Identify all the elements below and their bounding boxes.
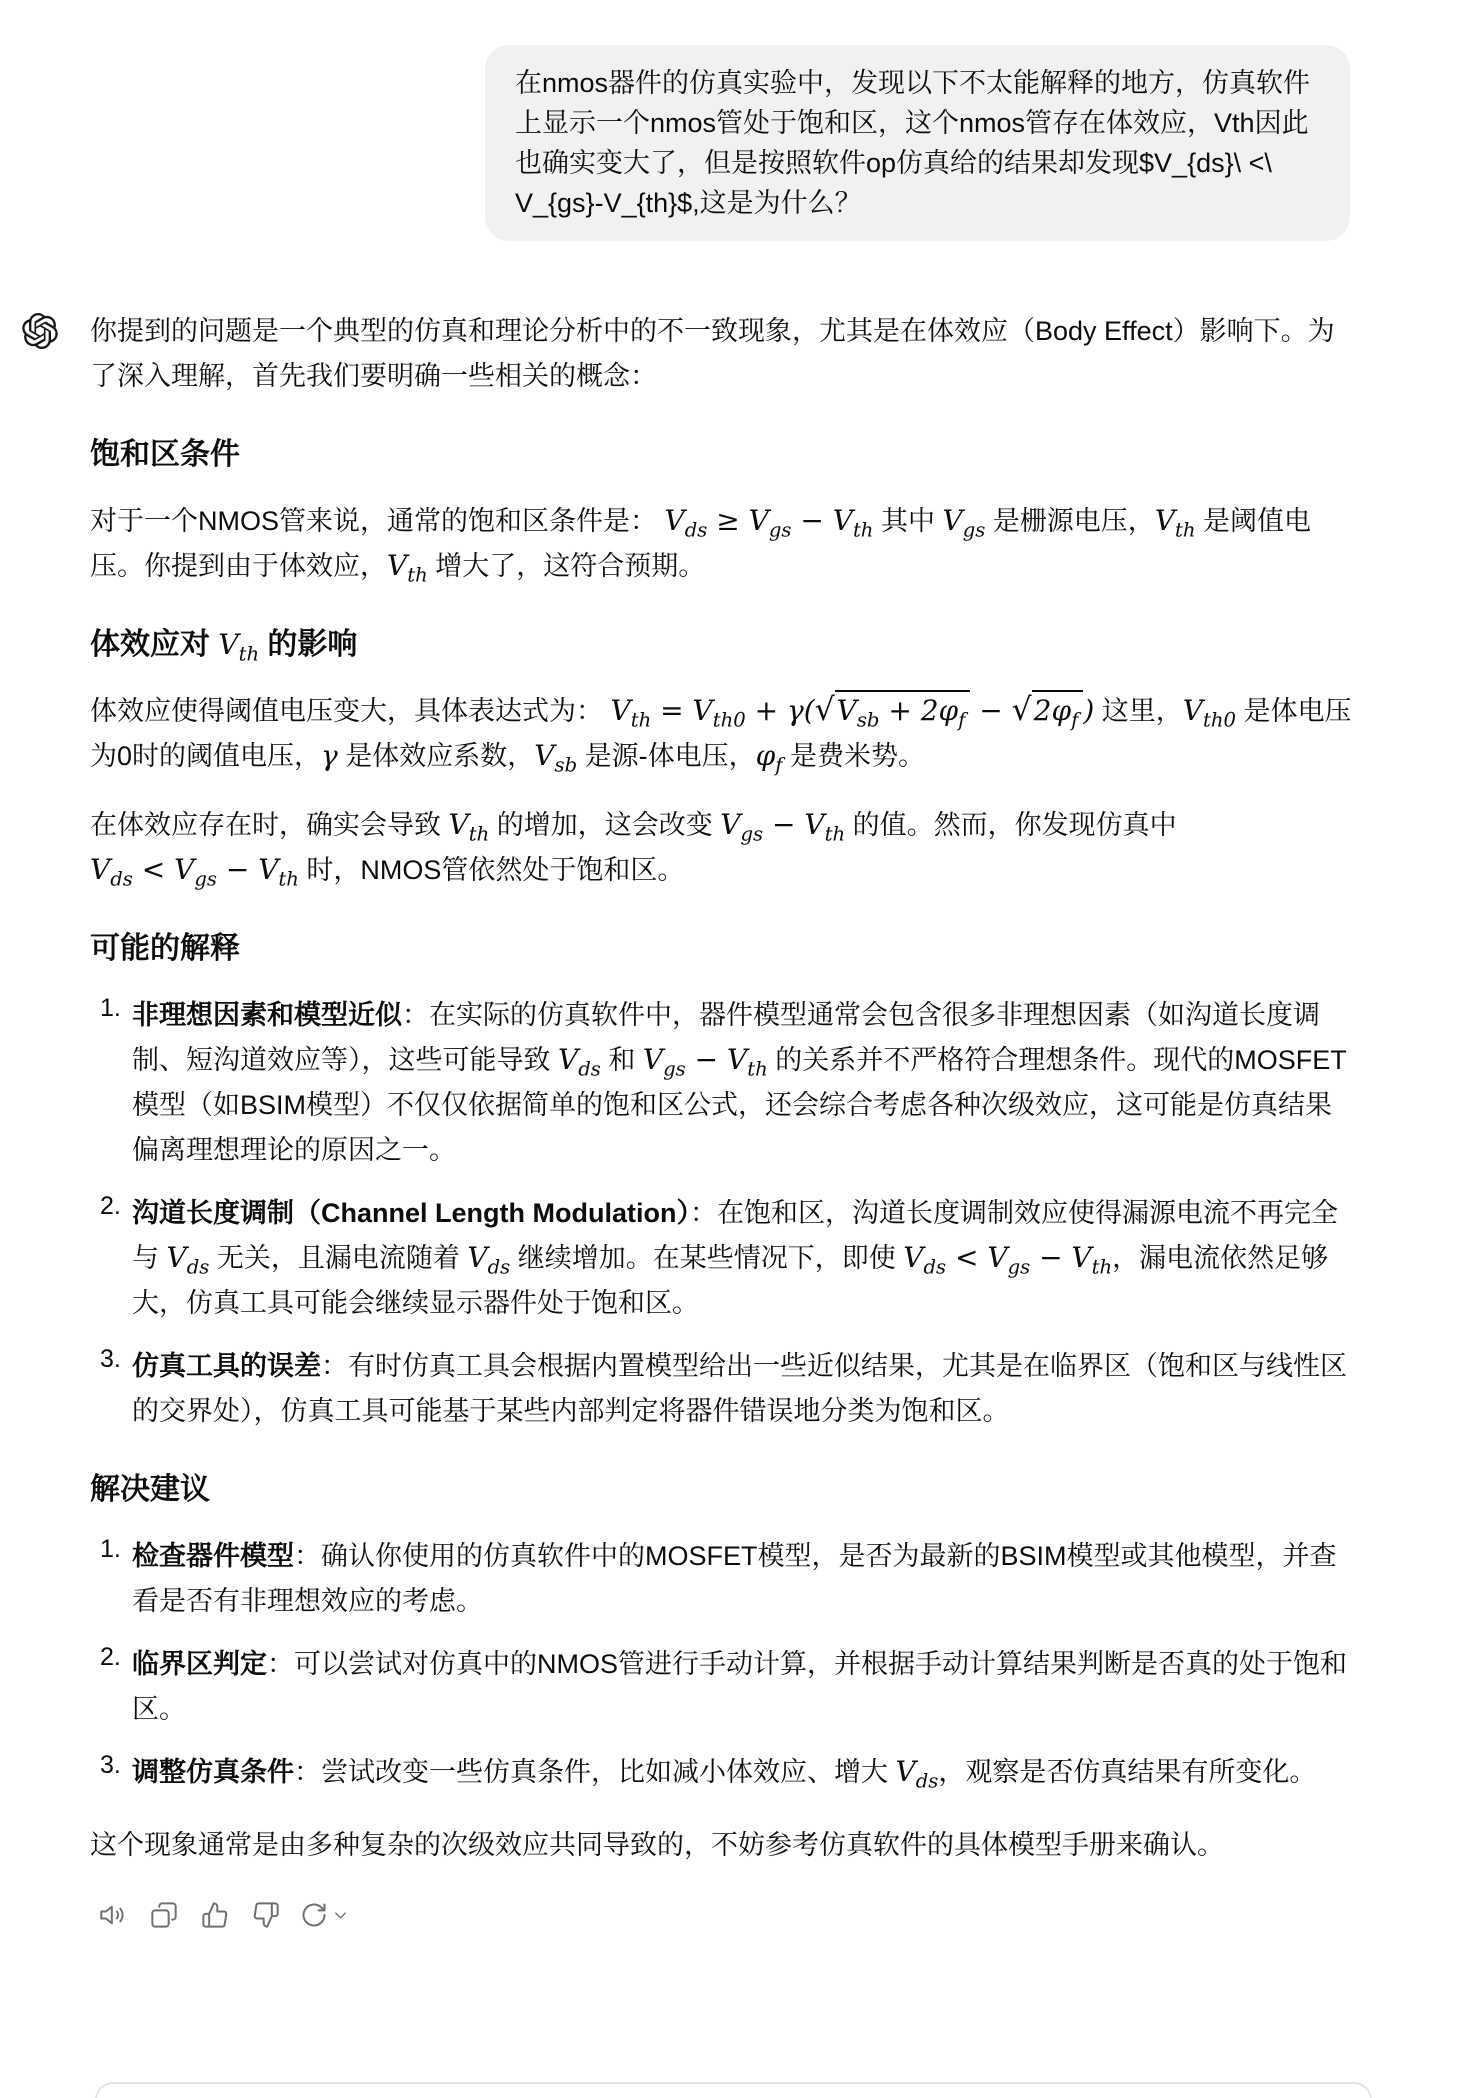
copy-icon bbox=[150, 1901, 178, 1929]
user-message-row: 在nmos器件的仿真实验中，发现以下不太能解释的地方，仿真软件上显示一个nmos… bbox=[0, 0, 1467, 241]
numbered-list: 非理想因素和模型近似：在实际的仿真软件中，器件模型通常会包含很多非理想因素（如沟… bbox=[90, 993, 1355, 1434]
list-item: 仿真工具的误差：有时仿真工具会根据内置模型给出一些近似结果，尤其是在临界区（饱和… bbox=[90, 1344, 1355, 1434]
chat-page: 在nmos器件的仿真实验中，发现以下不太能解释的地方，仿真软件上显示一个nmos… bbox=[0, 0, 1467, 2098]
assistant-message-row: 你提到的问题是一个典型的仿真和理论分析中的不一致现象，尤其是在体效应（Body … bbox=[22, 305, 1367, 1936]
bold-text: 调整仿真条件 bbox=[132, 1757, 294, 1787]
inline-math: Vth bbox=[449, 808, 490, 841]
numbered-list: 检查器件模型：确认你使用的仿真软件中的MOSFET模型，是否为最新的BSIM模型… bbox=[90, 1534, 1355, 1795]
list-item: 非理想因素和模型近似：在实际的仿真软件中，器件模型通常会包含很多非理想因素（如沟… bbox=[90, 993, 1355, 1173]
speaker-icon bbox=[99, 1901, 127, 1929]
regenerate-icon bbox=[300, 1901, 328, 1929]
openai-logo-icon bbox=[22, 313, 58, 349]
bold-text: 沟道长度调制（Channel Length Modulation） bbox=[132, 1198, 690, 1228]
list-item: 调整仿真条件：尝试改变一些仿真条件，比如减小体效应、增大 Vds，观察是否仿真结… bbox=[90, 1750, 1355, 1795]
inline-math: Vth bbox=[387, 549, 428, 582]
bold-text: 检查器件模型 bbox=[132, 1541, 294, 1571]
inline-math: Vth0 bbox=[1183, 694, 1236, 727]
inline-math: Vds bbox=[167, 1241, 210, 1274]
inline-math: Vth bbox=[1155, 504, 1196, 537]
inline-math: Vds bbox=[467, 1241, 510, 1274]
section-heading: 解决建议 bbox=[90, 1470, 1355, 1510]
inline-math: Vds bbox=[558, 1043, 601, 1076]
inline-math: φf bbox=[756, 739, 783, 772]
regenerate-button[interactable] bbox=[296, 1894, 354, 1936]
inline-math: Vds ≥ Vgs − Vth bbox=[665, 504, 874, 537]
section-heading: 体效应对 Vth 的影响 bbox=[90, 625, 1355, 665]
bold-text: 仿真工具的误差 bbox=[132, 1351, 321, 1381]
bold-text: 非理想因素和模型近似 bbox=[132, 1000, 402, 1030]
thumbs-down-icon bbox=[252, 1901, 280, 1929]
paragraph: 在体效应存在时，确实会导致 Vth 的增加，这会改变 Vgs − Vth 的值。… bbox=[90, 803, 1355, 893]
list-item: 临界区判定：可以尝试对仿真中的NMOS管进行手动计算，并根据手动计算结果判断是否… bbox=[90, 1642, 1355, 1732]
inline-math: Vgs − Vth bbox=[643, 1043, 768, 1076]
inline-math: Vth = Vth0 + γ(√Vsb + 2φf − √2φf) bbox=[611, 694, 1095, 727]
bad-response-button[interactable] bbox=[245, 1894, 287, 1936]
paragraph: 你提到的问题是一个典型的仿真和理论分析中的不一致现象，尤其是在体效应（Body … bbox=[90, 309, 1355, 399]
inline-math: Vsb bbox=[534, 739, 577, 772]
inline-math: Vds bbox=[896, 1755, 939, 1788]
message-actions-toolbar bbox=[92, 1894, 1355, 1936]
message-input[interactable] bbox=[95, 2082, 1372, 2098]
thumbs-up-icon bbox=[201, 1901, 229, 1929]
chevron-down-icon bbox=[331, 1906, 350, 1925]
section-heading: 饱和区条件 bbox=[90, 435, 1355, 475]
inline-math: Vds < Vgs − Vth bbox=[903, 1241, 1112, 1274]
read-aloud-button[interactable] bbox=[92, 1894, 134, 1936]
paragraph: 这个现象通常是由多种复杂的次级效应共同导致的，不妨参考仿真软件的具体模型手册来确… bbox=[90, 1823, 1355, 1868]
assistant-message-content: 你提到的问题是一个典型的仿真和理论分析中的不一致现象，尤其是在体效应（Body … bbox=[90, 305, 1355, 1936]
assistant-avatar bbox=[22, 313, 58, 349]
bold-text: 临界区判定 bbox=[132, 1649, 267, 1679]
copy-button[interactable] bbox=[143, 1894, 185, 1936]
paragraph: 体效应使得阈值电压变大，具体表达式为： Vth = Vth0 + γ(√Vsb … bbox=[90, 689, 1355, 779]
good-response-button[interactable] bbox=[194, 1894, 236, 1936]
inline-math: Vgs − Vth bbox=[720, 808, 845, 841]
list-item: 沟道长度调制（Channel Length Modulation）：在饱和区，沟… bbox=[90, 1191, 1355, 1326]
inline-math: γ bbox=[321, 739, 338, 772]
list-item: 检查器件模型：确认你使用的仿真软件中的MOSFET模型，是否为最新的BSIM模型… bbox=[90, 1534, 1355, 1624]
inline-math: Vth bbox=[218, 628, 259, 661]
inline-math: Vgs bbox=[942, 504, 985, 537]
user-message-bubble: 在nmos器件的仿真实验中，发现以下不太能解释的地方，仿真软件上显示一个nmos… bbox=[485, 45, 1350, 241]
paragraph: 对于一个NMOS管来说，通常的饱和区条件是： Vds ≥ Vgs − Vth 其… bbox=[90, 499, 1355, 589]
user-message-text: 在nmos器件的仿真实验中，发现以下不太能解释的地方，仿真软件上显示一个nmos… bbox=[515, 68, 1310, 218]
inline-math: Vds < Vgs − Vth bbox=[90, 853, 299, 886]
section-heading: 可能的解释 bbox=[90, 929, 1355, 969]
